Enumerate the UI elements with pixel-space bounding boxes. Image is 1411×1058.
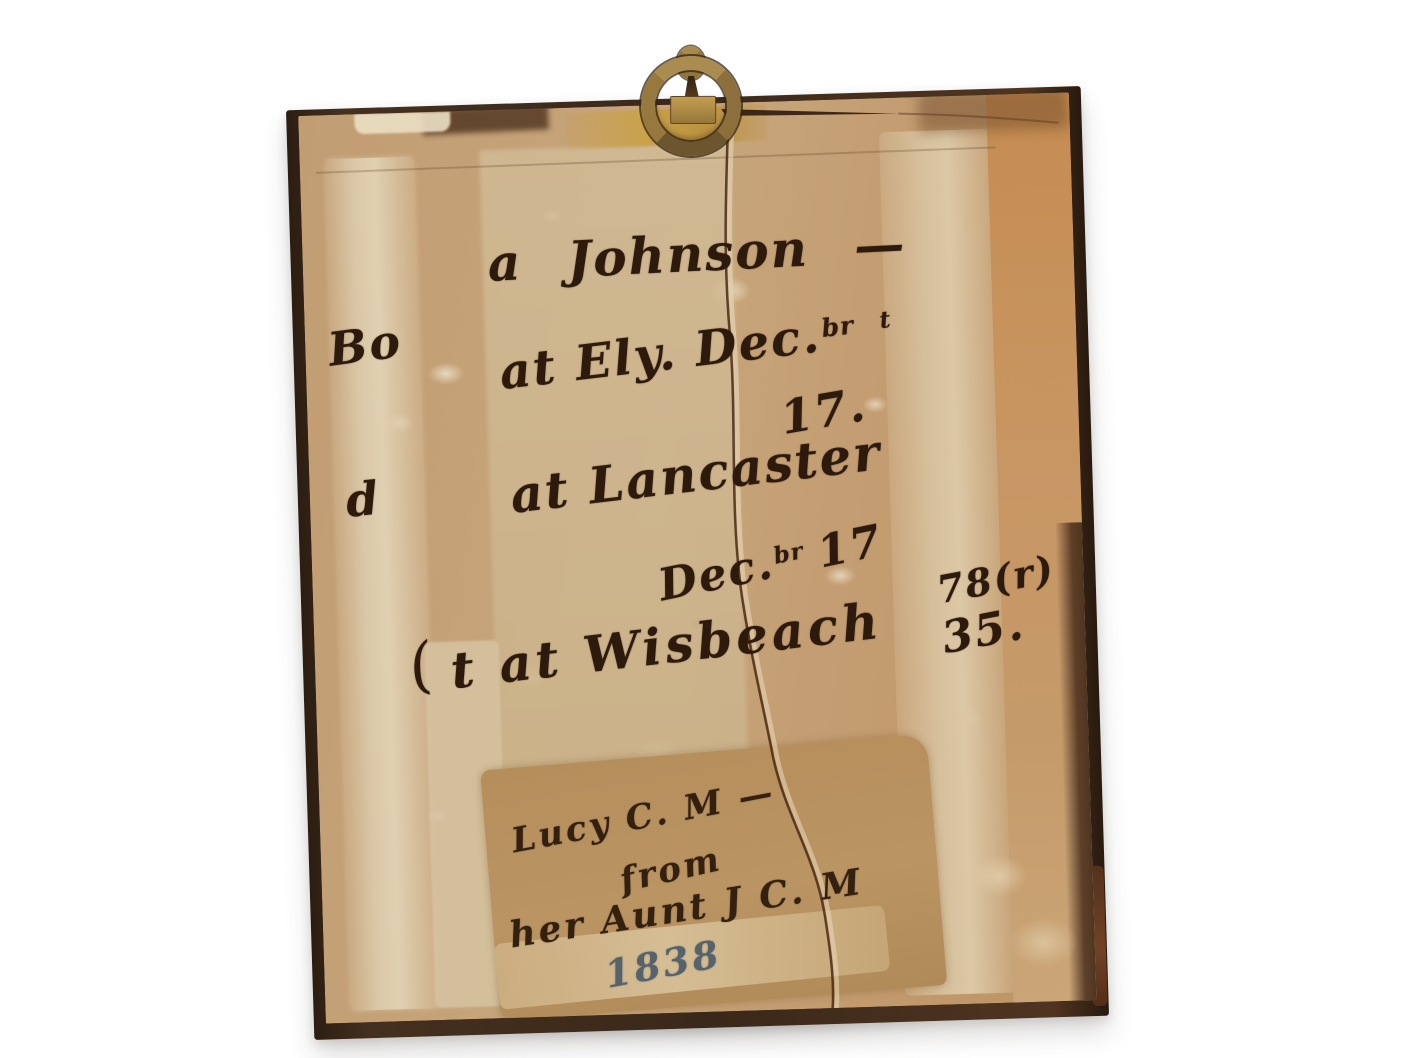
inscription-margin-fragment: 78(r) 35. [933,547,1059,664]
inscription-died-fragment: d [344,475,383,524]
inscription-born-fragment: Bo [325,317,404,372]
framed-miniature-back: a Johnson — Bo at Ely. Dec.brt 17. d at … [286,86,1109,1040]
backing-paper: a Johnson — Bo at Ely. Dec.brt 17. d at … [298,92,1096,1023]
photo-canvas: a Johnson — Bo at Ely. Dec.brt 17. d at … [0,0,1411,1058]
